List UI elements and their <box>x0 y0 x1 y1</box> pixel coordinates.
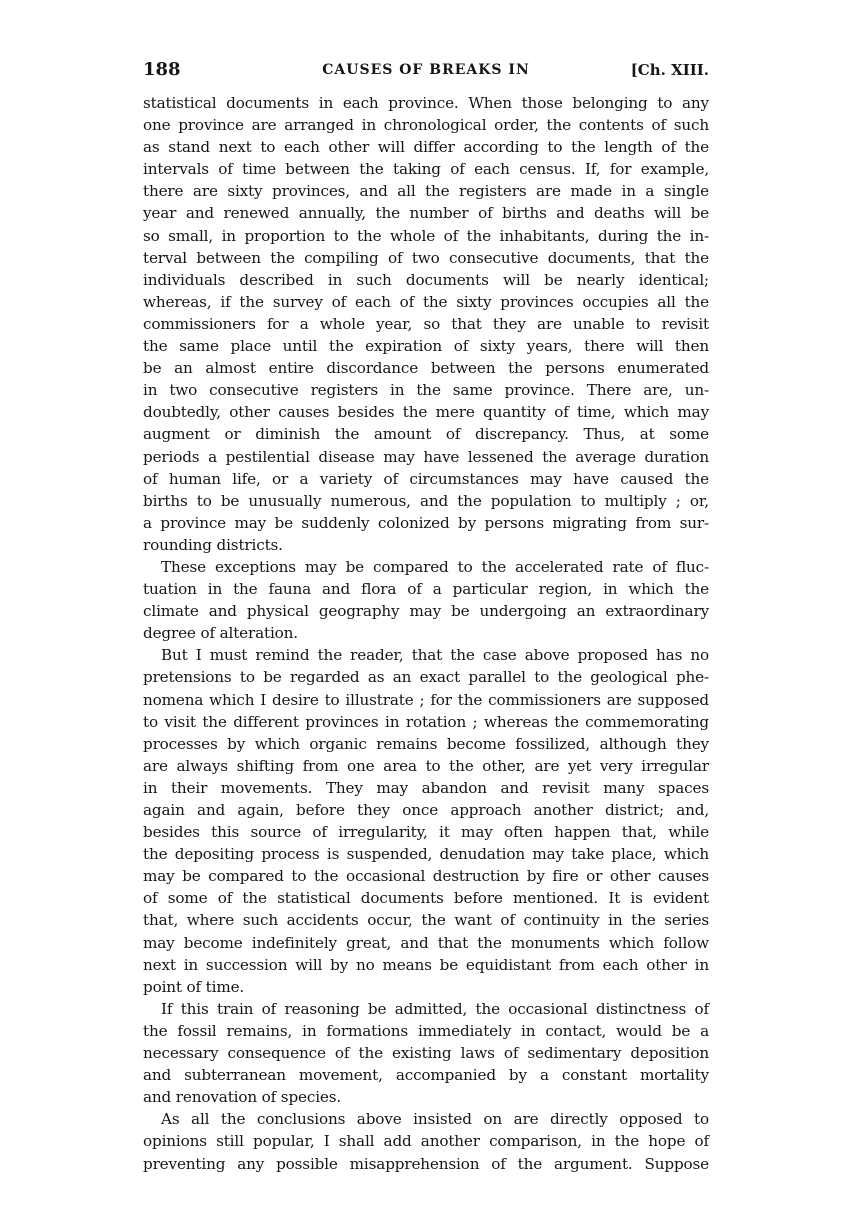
paragraph: As all the conclusions above insisted on… <box>143 1108 709 1174</box>
text-line: statistical documents in each province. … <box>143 92 709 114</box>
text-line: If this train of reasoning be admitted, … <box>143 998 709 1020</box>
text-line: as stand next to each other will differ … <box>143 136 709 158</box>
text-line: processes by which organic remains becom… <box>143 733 709 755</box>
text-line: next in succession will by no means be e… <box>143 954 709 976</box>
text-line: terval between the compiling of two cons… <box>143 247 709 269</box>
paragraph: But I must remind the reader, that the c… <box>143 644 709 998</box>
text-line: But I must remind the reader, that the c… <box>143 644 709 666</box>
text-line: again and again, before they once approa… <box>143 799 709 821</box>
text-line: augment or diminish the amount of discre… <box>143 423 709 445</box>
paragraph: If this train of reasoning be admitted, … <box>143 998 709 1108</box>
text-line: a province may be suddenly colonized by … <box>143 512 709 534</box>
paragraph: These exceptions may be compared to the … <box>143 556 709 644</box>
text-line: one province are arranged in chronologic… <box>143 114 709 136</box>
running-title: CAUSES OF BREAKS IN <box>143 58 709 82</box>
text-line: intervals of time between the taking of … <box>143 158 709 180</box>
text-line: nomena which I desire to illustrate ; fo… <box>143 689 709 711</box>
running-head: 188 CAUSES OF BREAKS IN [Ch. XIII. <box>143 58 709 82</box>
text-line: rounding districts. <box>143 534 709 556</box>
text-line: so small, in proportion to the whole of … <box>143 225 709 247</box>
text-line: births to be unusually numerous, and the… <box>143 490 709 512</box>
text-line: necessary consequence of the existing la… <box>143 1042 709 1064</box>
text-line: in two consecutive registers in the same… <box>143 379 709 401</box>
book-page: 188 CAUSES OF BREAKS IN [Ch. XIII. stati… <box>143 58 709 1175</box>
text-line: tuation in the fauna and flora of a part… <box>143 578 709 600</box>
text-line: periods a pestilential disease may have … <box>143 446 709 468</box>
text-line: preventing any possible misapprehension … <box>143 1153 709 1175</box>
text-line: besides this source of irregularity, it … <box>143 821 709 843</box>
text-line: commissioners for a whole year, so that … <box>143 313 709 335</box>
text-line: and renovation of species. <box>143 1086 709 1108</box>
text-line: whereas, if the survey of each of the si… <box>143 291 709 313</box>
text-line: of some of the statistical documents bef… <box>143 887 709 909</box>
text-line: individuals described in such documents … <box>143 269 709 291</box>
text-line: the fossil remains, in formations immedi… <box>143 1020 709 1042</box>
text-line: may become indefinitely great, and that … <box>143 932 709 954</box>
text-line: to visit the different provinces in rota… <box>143 711 709 733</box>
body-text: statistical documents in each province. … <box>143 92 709 1175</box>
text-line: there are sixty provinces, and all the r… <box>143 180 709 202</box>
text-line: pretensions to be regarded as an exact p… <box>143 666 709 688</box>
text-line: As all the conclusions above insisted on… <box>143 1108 709 1130</box>
paragraph: statistical documents in each province. … <box>143 92 709 556</box>
text-line: year and renewed annually, the number of… <box>143 202 709 224</box>
text-line: opinions still popular, I shall add anot… <box>143 1130 709 1152</box>
text-line: of human life, or a variety of circumsta… <box>143 468 709 490</box>
text-line: degree of alteration. <box>143 622 709 644</box>
text-line: are always shifting from one area to the… <box>143 755 709 777</box>
text-line: in their movements. They may abandon and… <box>143 777 709 799</box>
text-line: may be compared to the occasional destru… <box>143 865 709 887</box>
text-line: climate and physical geography may be un… <box>143 600 709 622</box>
text-line: the depositing process is suspended, den… <box>143 843 709 865</box>
text-line: These exceptions may be compared to the … <box>143 556 709 578</box>
text-line: be an almost entire discordance between … <box>143 357 709 379</box>
text-line: point of time. <box>143 976 709 998</box>
text-line: the same place until the expiration of s… <box>143 335 709 357</box>
chapter-reference: [Ch. XIII. <box>631 58 709 82</box>
text-line: and subterranean movement, accompanied b… <box>143 1064 709 1086</box>
text-line: doubtedly, other causes besides the mere… <box>143 401 709 423</box>
text-line: that, where such accidents occur, the wa… <box>143 909 709 931</box>
